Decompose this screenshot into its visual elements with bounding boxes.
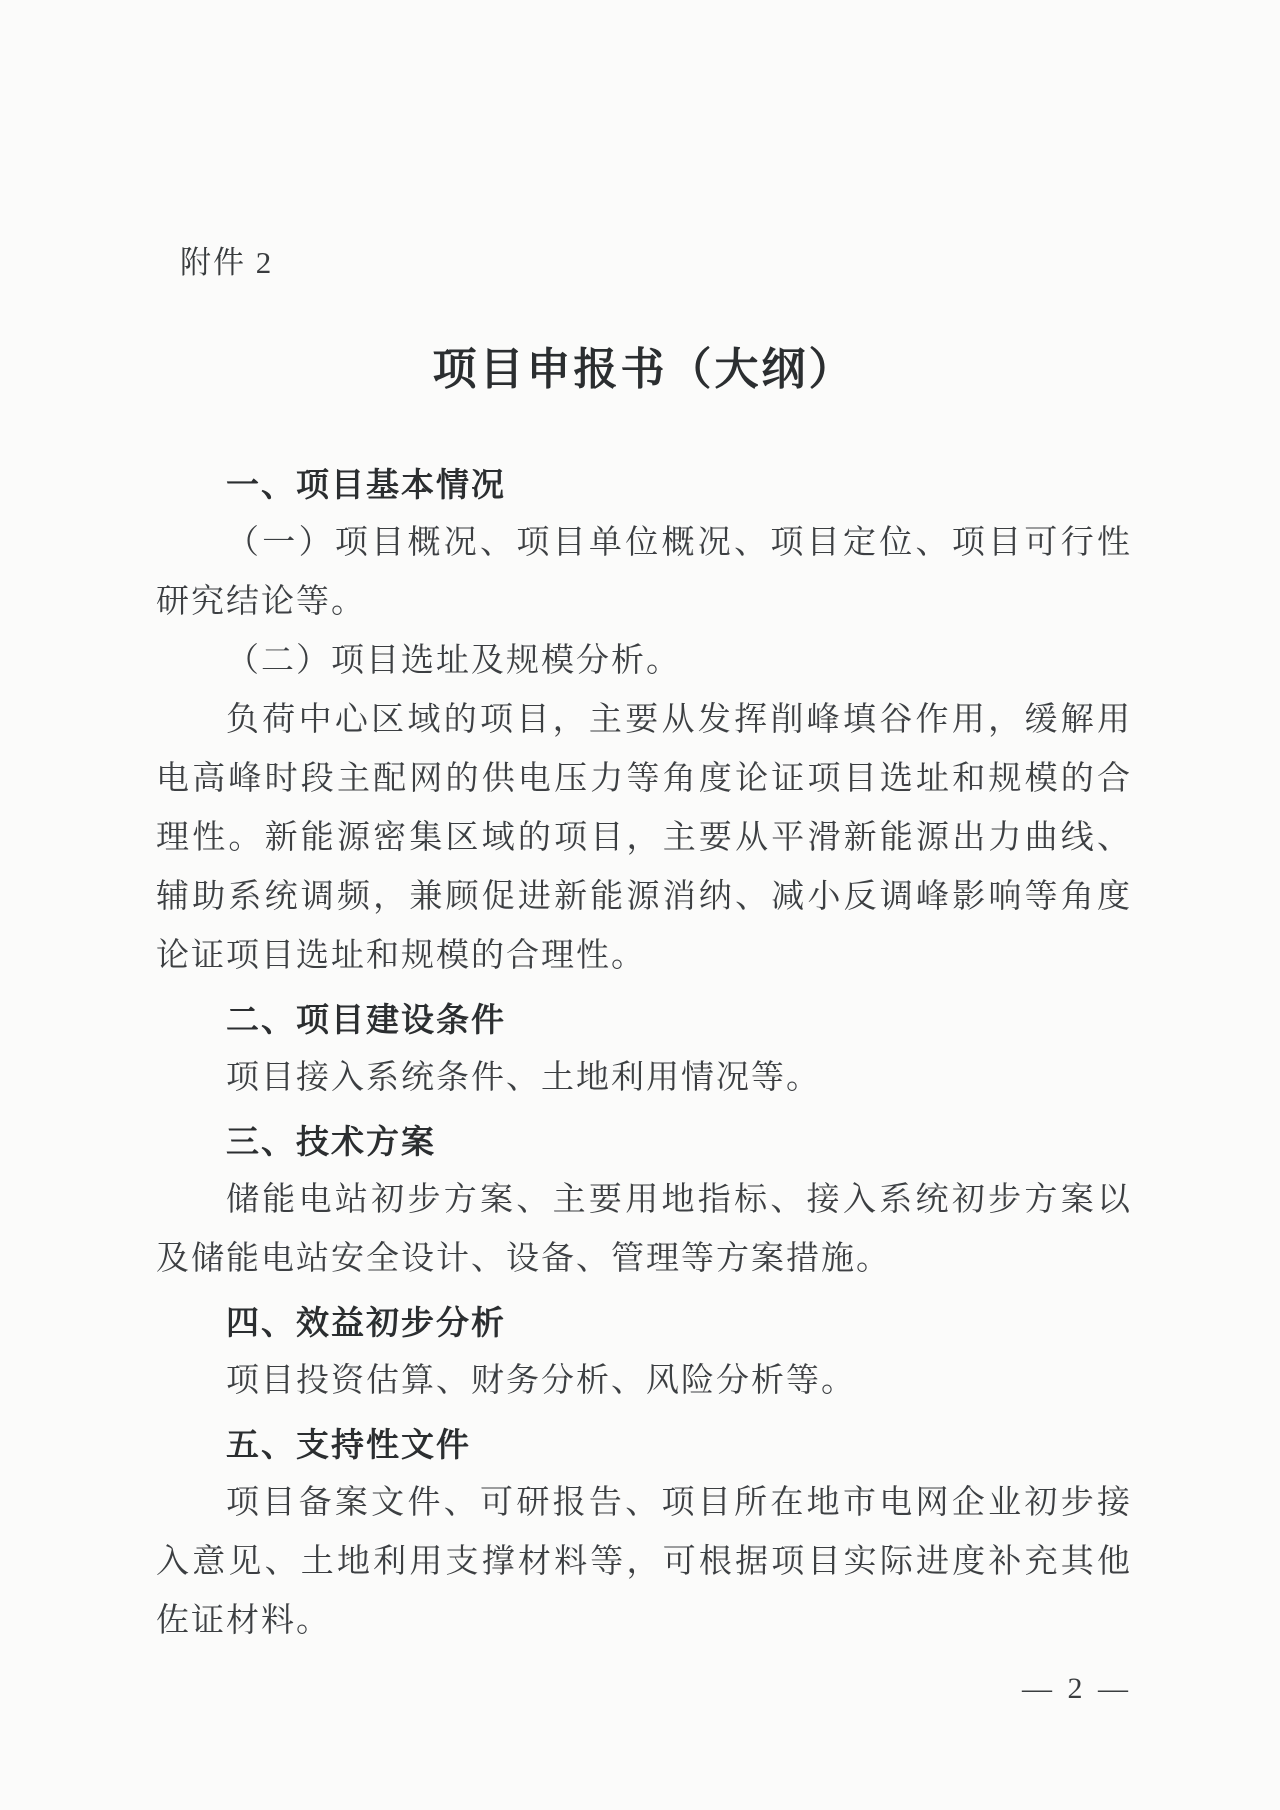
paragraph: 项目接入系统条件、土地利用情况等。 [156, 1049, 1132, 1108]
attachment-label: 附件 2 [180, 244, 1132, 282]
paragraph: （二）项目选址及规模分析。 [156, 632, 1132, 691]
paragraph: 储能电站初步方案、主要用地指标、接入系统初步方案以及储能电站安全设计、设备、管理… [156, 1171, 1132, 1289]
section-construction-conditions: 二、项目建设条件 项目接入系统条件、土地利用情况等。 [156, 990, 1132, 1108]
section-technical-plan: 三、技术方案 储能电站初步方案、主要用地指标、接入系统初步方案以及储能电站安全设… [156, 1112, 1132, 1289]
document-page: 附件 2 项目申报书（大纲） 一、项目基本情况 （一）项目概况、项目单位概况、项… [0, 0, 1280, 1810]
section-heading: 二、项目建设条件 [156, 990, 1132, 1049]
paragraph: 项目投资估算、财务分析、风险分析等。 [156, 1352, 1132, 1411]
paragraph: 项目备案文件、可研报告、项目所在地市电网企业初步接入意见、土地利用支撑材料等，可… [156, 1474, 1132, 1651]
document-title: 项目申报书（大纲） [156, 346, 1132, 394]
section-heading: 三、技术方案 [156, 1112, 1132, 1171]
section-heading: 一、项目基本情况 [156, 455, 1132, 514]
page-number: — 2 — [156, 1669, 1132, 1709]
section-heading: 五、支持性文件 [156, 1415, 1132, 1474]
section-supporting-documents: 五、支持性文件 项目备案文件、可研报告、项目所在地市电网企业初步接入意见、土地利… [156, 1415, 1132, 1651]
section-project-basic-info: 一、项目基本情况 （一）项目概况、项目单位概况、项目定位、项目可行性研究结论等。… [156, 455, 1132, 986]
section-heading: 四、效益初步分析 [156, 1293, 1132, 1352]
paragraph: （一）项目概况、项目单位概况、项目定位、项目可行性研究结论等。 [156, 514, 1132, 632]
section-benefit-analysis: 四、效益初步分析 项目投资估算、财务分析、风险分析等。 [156, 1293, 1132, 1411]
paragraph: 负荷中心区域的项目，主要从发挥削峰填谷作用，缓解用电高峰时段主配网的供电压力等角… [156, 691, 1132, 986]
